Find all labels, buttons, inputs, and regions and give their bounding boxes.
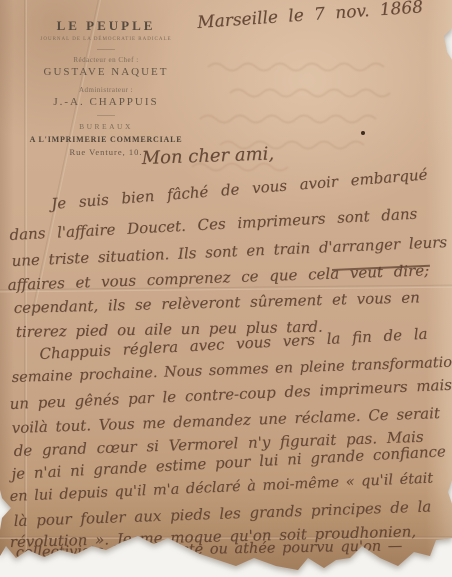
administrator-label: Administrateur : bbox=[20, 86, 192, 94]
ink-speck bbox=[361, 131, 365, 135]
letterhead-subtitle: JOURNAL DE LA DÉMOCRATIE RADICALE bbox=[20, 37, 192, 42]
letterhead-masthead: LE PEUPLE bbox=[20, 18, 192, 34]
letterhead-divider bbox=[97, 49, 115, 50]
editor-label: Rédacteur en Chef : bbox=[20, 56, 192, 64]
letterhead-divider bbox=[97, 115, 115, 116]
handwriting-line: cependant, ils se relèveront sûrement et… bbox=[14, 288, 420, 317]
editor-name: GUSTAVE NAQUET bbox=[20, 66, 192, 78]
administrator-name: J.-A. CHAPPUIS bbox=[20, 96, 192, 108]
paper-shadow: LE PEUPLE JOURNAL DE LA DÉMOCRATIE RADIC… bbox=[0, 0, 452, 577]
address-line-1: A L'IMPRIMERIE COMMERCIALE bbox=[20, 135, 192, 144]
handwritten-dateline: Marseille le 7 nov. 1868 bbox=[197, 0, 424, 33]
bureaux-label: BUREAUX bbox=[20, 122, 192, 131]
scanned-letter: LE PEUPLE JOURNAL DE LA DÉMOCRATIE RADIC… bbox=[0, 0, 452, 577]
letter-paper: LE PEUPLE JOURNAL DE LA DÉMOCRATIE RADIC… bbox=[0, 0, 452, 577]
letterhead: LE PEUPLE JOURNAL DE LA DÉMOCRATIE RADIC… bbox=[20, 18, 192, 157]
